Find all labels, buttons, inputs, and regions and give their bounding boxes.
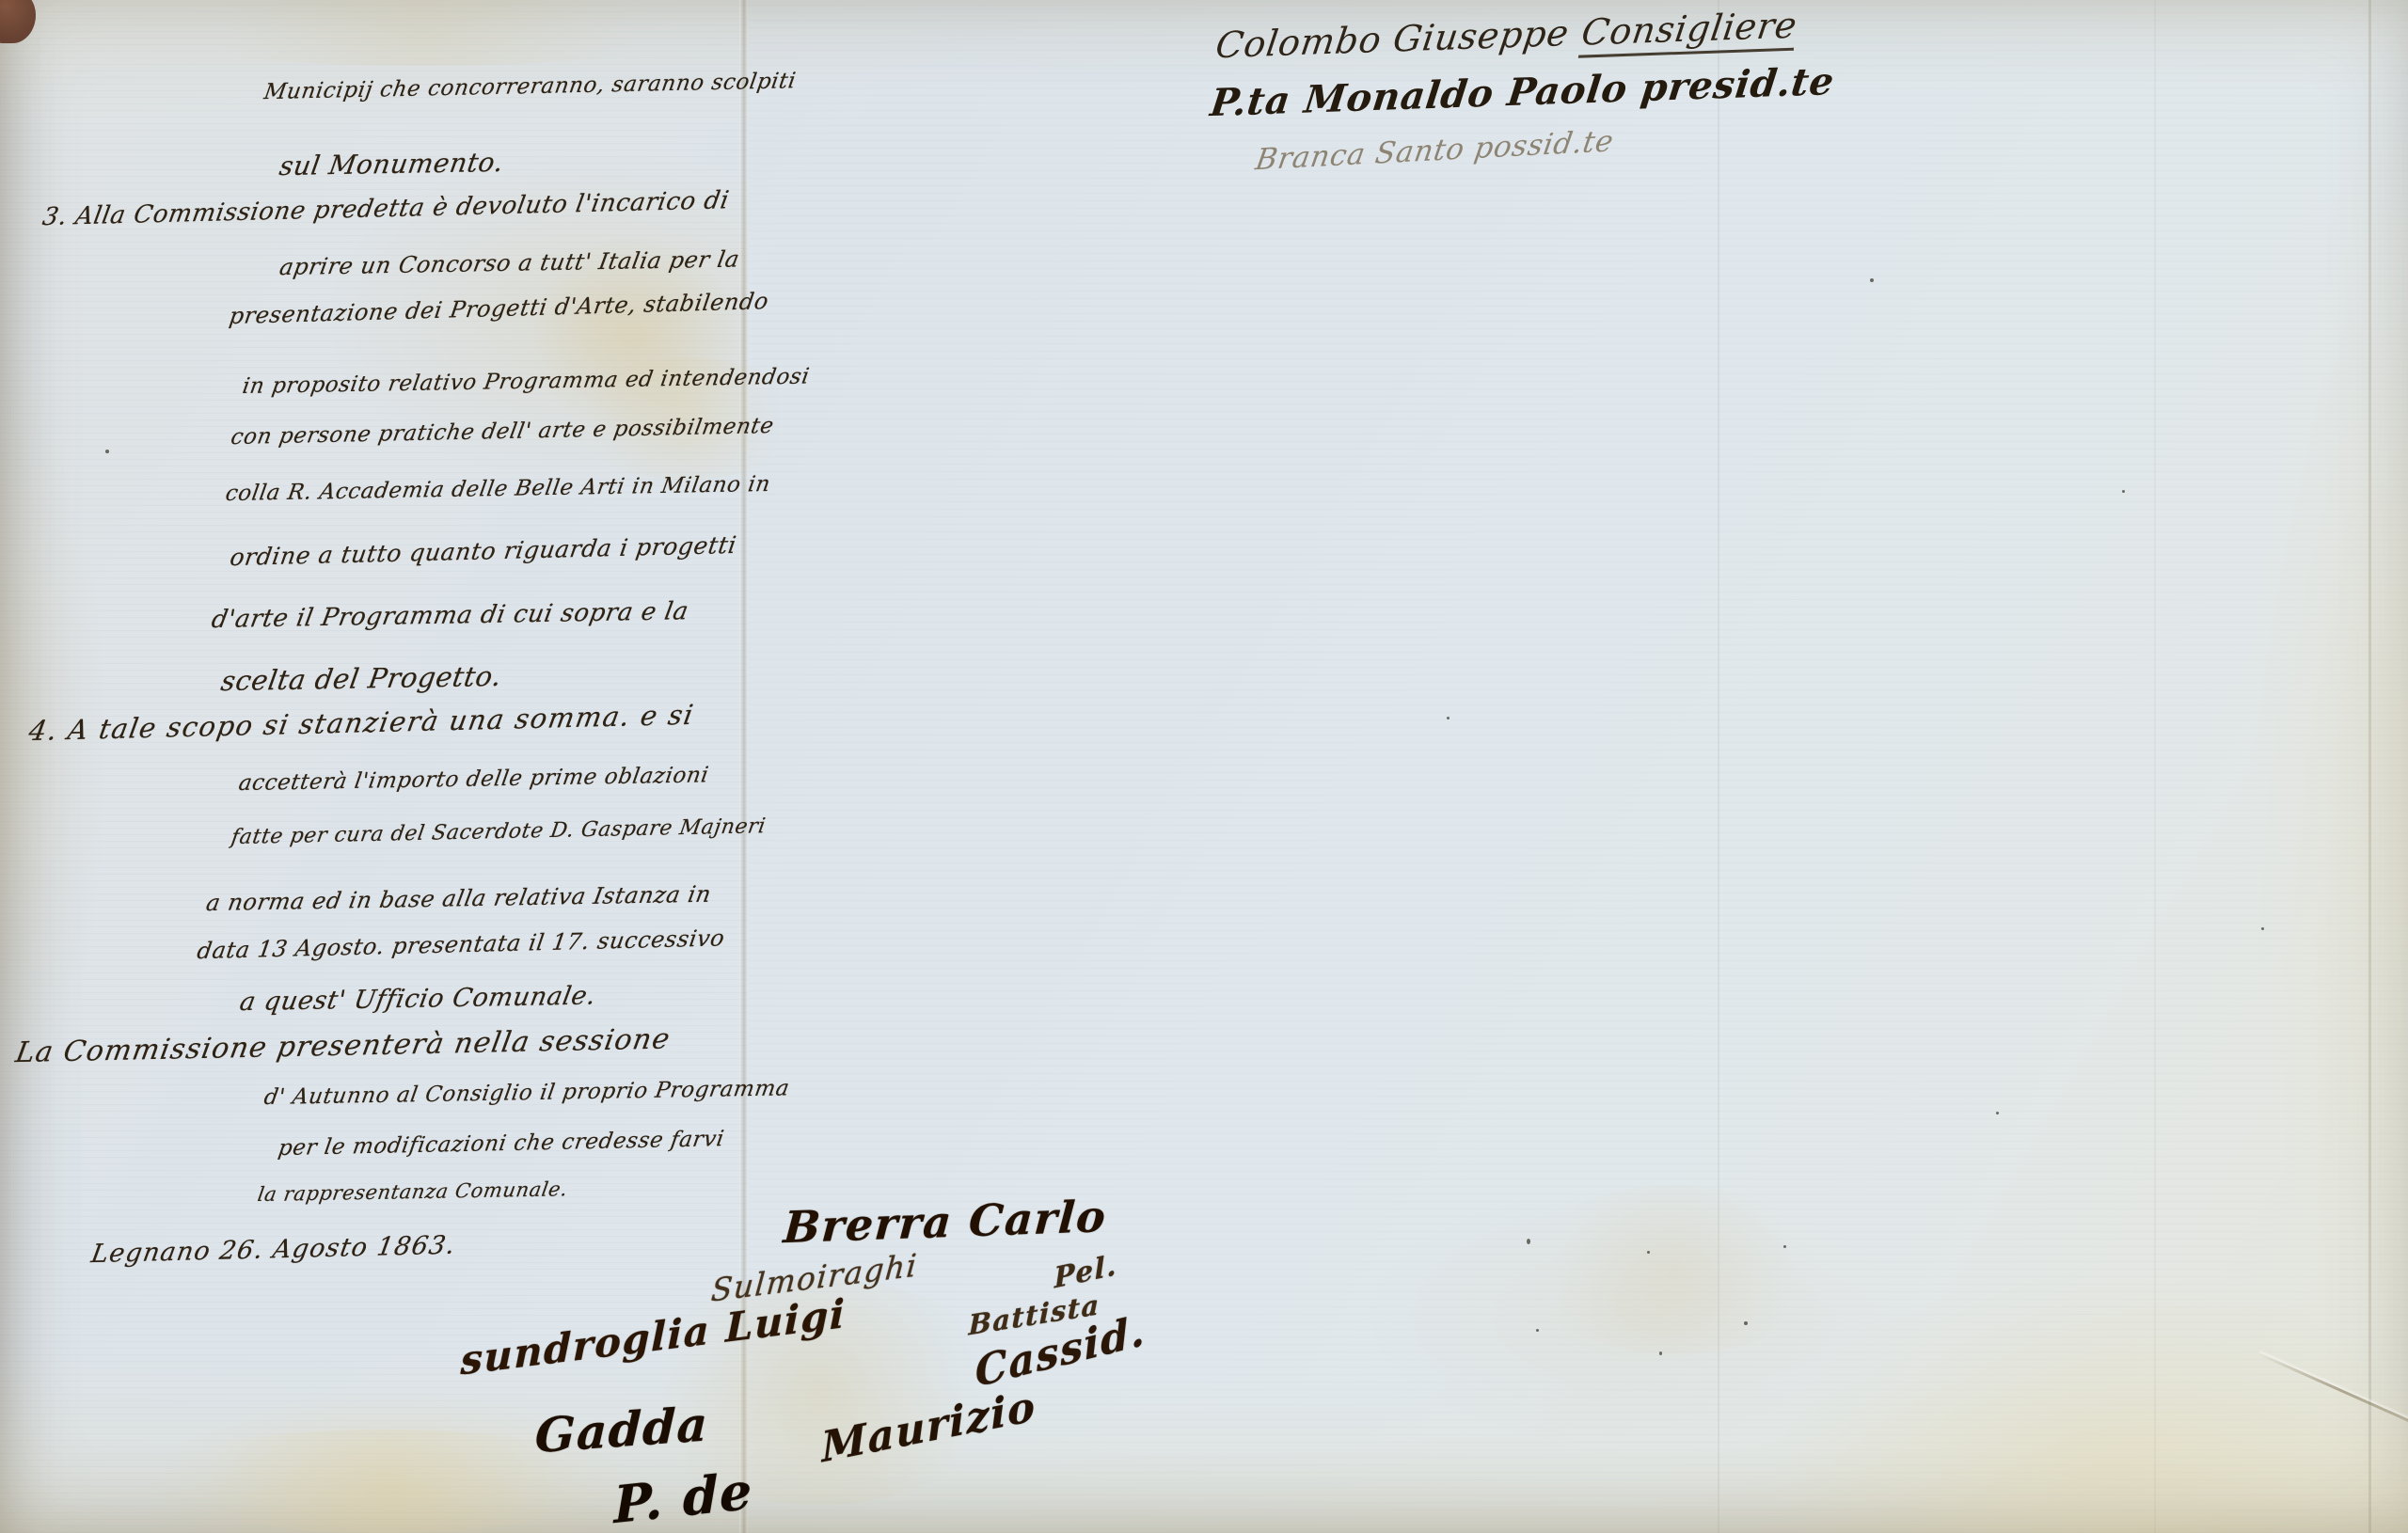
ink-speckle bbox=[1744, 1321, 1748, 1325]
ink-speckle bbox=[1447, 717, 1450, 719]
ink-speckle bbox=[1996, 1112, 1999, 1114]
annotation-consigliere-title: Consigliere bbox=[1578, 4, 1799, 57]
manuscript-line: sul Monumento. bbox=[277, 147, 506, 182]
ink-speckle bbox=[1870, 278, 1874, 282]
manuscript-line: scelta del Progetto. bbox=[219, 660, 504, 697]
ink-speckle bbox=[1527, 1239, 1530, 1244]
ink-speckle bbox=[2122, 490, 2125, 493]
paper-leaf-right bbox=[748, 0, 2408, 1533]
paper-edge bbox=[2368, 0, 2371, 1533]
scanned-manuscript-page: Municipij che concorreranno, saranno sco… bbox=[0, 0, 2408, 1533]
ink-speckle bbox=[1783, 1245, 1786, 1248]
paper-chain-line bbox=[2154, 0, 2156, 1533]
ink-speckle bbox=[2261, 927, 2264, 930]
ink-speckle bbox=[1659, 1351, 1662, 1355]
ink-speckle bbox=[1647, 1251, 1650, 1254]
ink-speckle bbox=[105, 450, 109, 453]
paper-chain-line bbox=[1718, 0, 1719, 1533]
ink-speckle bbox=[1536, 1329, 1539, 1332]
